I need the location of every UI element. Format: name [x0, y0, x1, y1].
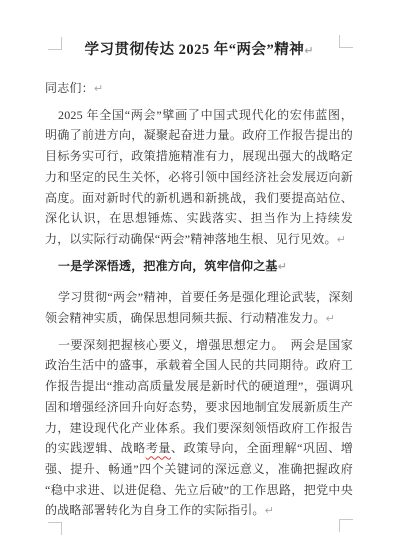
paragraph-mark-icon: ↵	[304, 44, 313, 57]
paragraph-mark-icon: ↵	[337, 233, 346, 246]
paragraph-mark-icon: ↵	[94, 82, 103, 95]
spellcheck-flagged-word: 考量	[146, 441, 171, 455]
document-page[interactable]: 学习贯彻传达 2025 年“两会”精神↵ 同志们：↵ 2025 年全国“两会”擘…	[0, 0, 400, 550]
paragraph-intro[interactable]: 2025 年全国“两会”擘画了中国式现代化的宏伟蓝图，明确了前进方向，凝聚起奋进…	[45, 105, 353, 251]
paragraph-mark-icon: ↵	[265, 504, 274, 517]
paragraph-text: 2025 年全国“两会”擘画了中国式现代化的宏伟蓝图，明确了前进方向，凝聚起奋进…	[45, 108, 353, 246]
paragraph-mark-icon: ↵	[326, 312, 335, 325]
salutation-line[interactable]: 同志们：↵	[45, 78, 353, 100]
document-body: 学习贯彻传达 2025 年“两会”精神↵ 同志们：↵ 2025 年全国“两会”擘…	[45, 40, 353, 527]
title-text: 学习贯彻传达 2025 年“两会”精神	[85, 42, 305, 58]
paragraph-section1-lead[interactable]: 学习贯彻“两会”精神，首要任务是强化理论武装，深刻领会精神实质，确保思想同频共振…	[45, 287, 353, 329]
paragraph-text: 学习贯彻“两会”精神，首要任务是强化理论武装，深刻领会精神实质，确保思想同频共振…	[45, 290, 353, 325]
paragraph-point-one[interactable]: 一要深刻把握核心要义，增强思想定力。 两会是国家政治生活中的盛事，承载着全国人民…	[45, 335, 353, 522]
section-heading-1[interactable]: 一是学深悟透，把准方向，筑牢信仰之基↵	[45, 256, 353, 278]
document-title[interactable]: 学习贯彻传达 2025 年“两会”精神↵	[45, 40, 353, 61]
paragraph-text: 一要深刻把握核心要义，增强思想定力。 两会是国家政治生活中的盛事，承载着全国人民…	[45, 338, 353, 456]
heading-text: 一是学深悟透，把准方向，筑牢信仰之基	[58, 259, 278, 273]
salutation-text: 同志们：	[45, 81, 94, 95]
paragraph-mark-icon: ↵	[278, 260, 287, 273]
